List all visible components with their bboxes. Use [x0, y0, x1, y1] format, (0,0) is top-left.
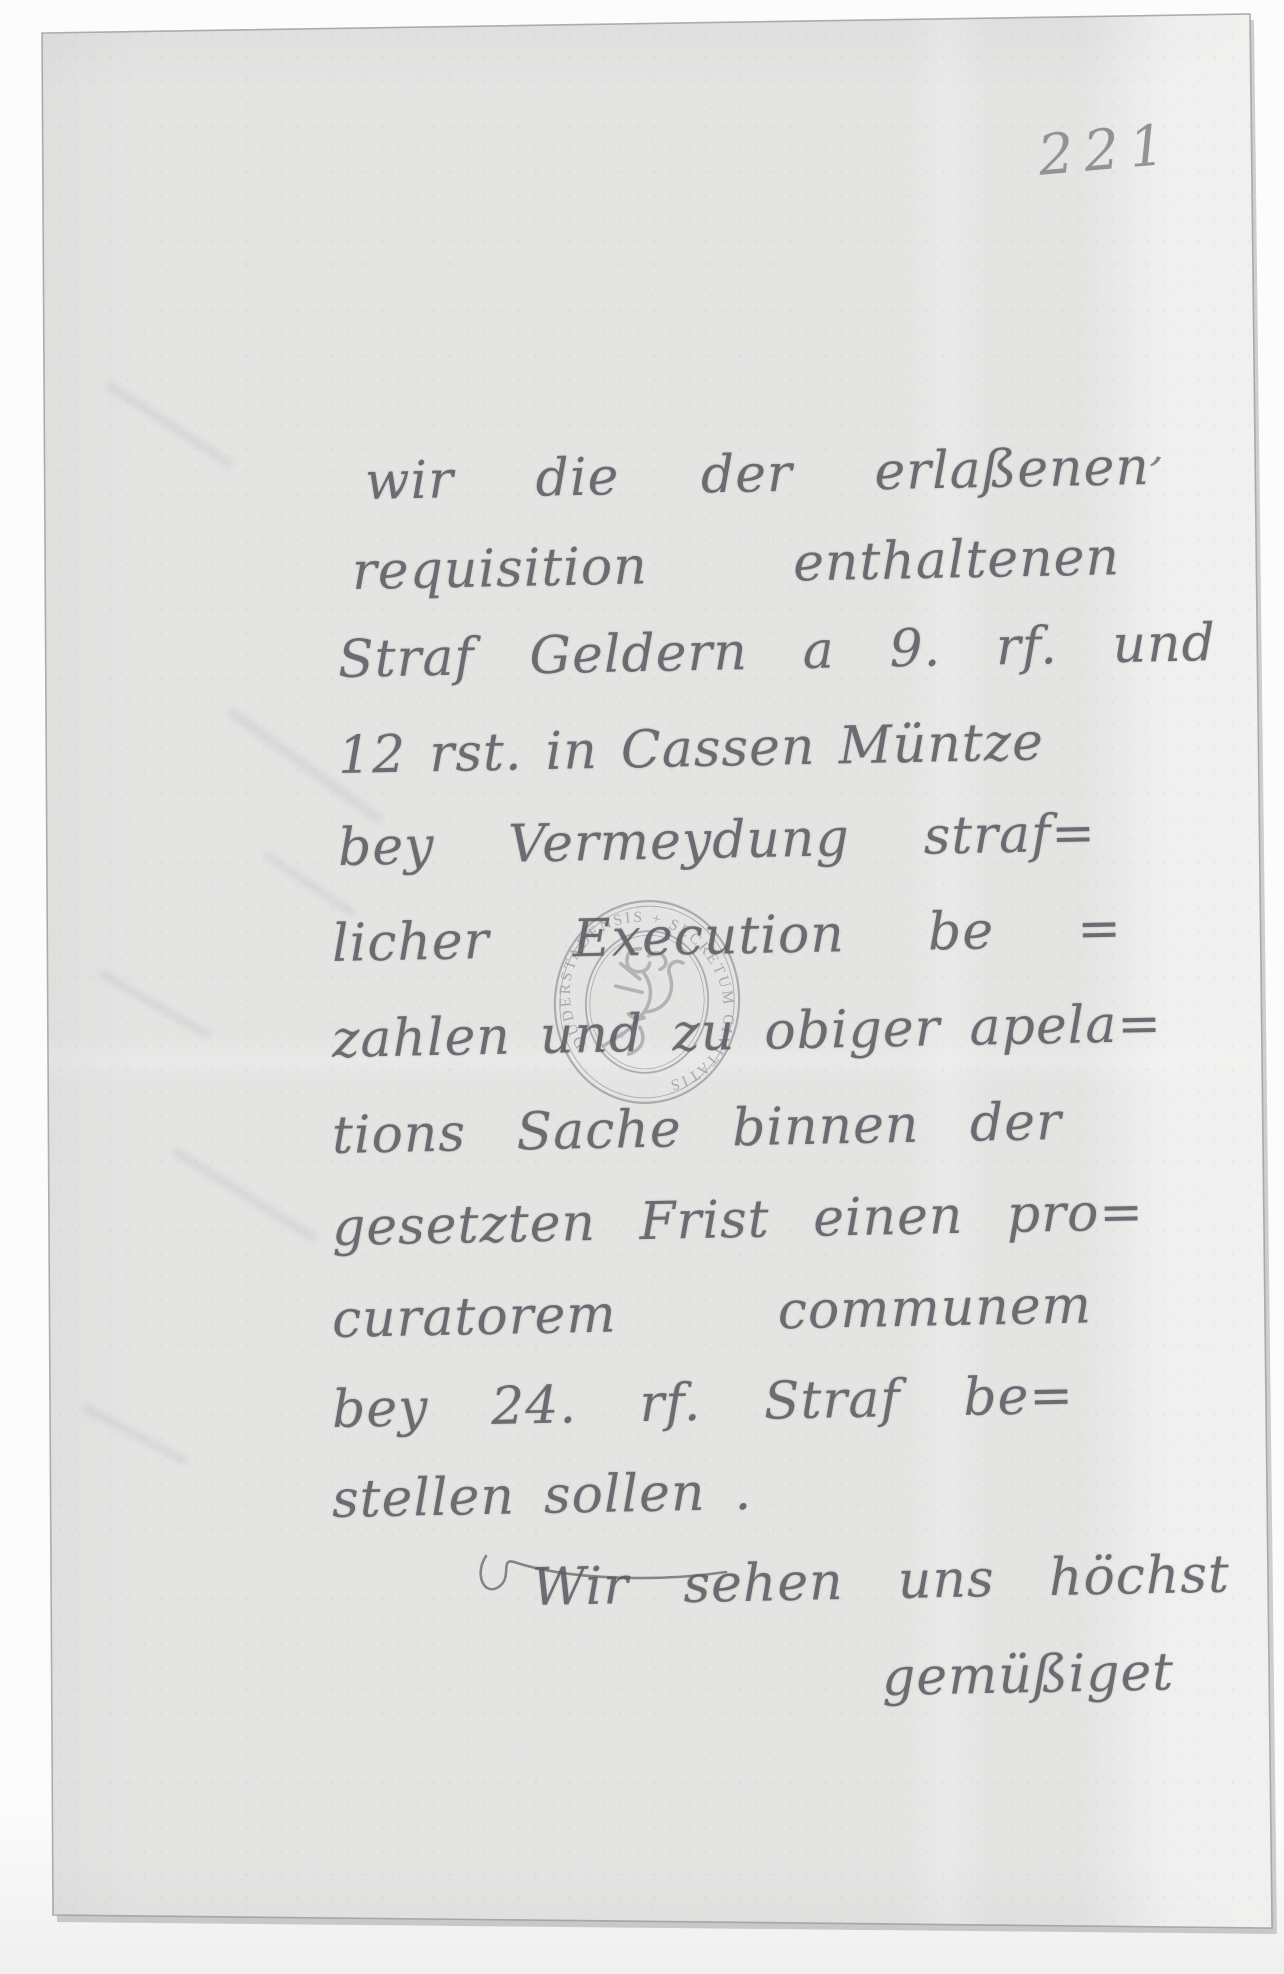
page-number: 221 — [1035, 112, 1177, 189]
scanned-manuscript: 221 DUDERSTADENSIS + SECRETUM CIVITATIS — [0, 0, 1284, 1974]
handwritten-line: stellen sollen . — [331, 1462, 752, 1530]
pen-flourish — [468, 1538, 738, 1613]
handwritten-line: gemüßiget — [881, 1641, 1244, 1708]
